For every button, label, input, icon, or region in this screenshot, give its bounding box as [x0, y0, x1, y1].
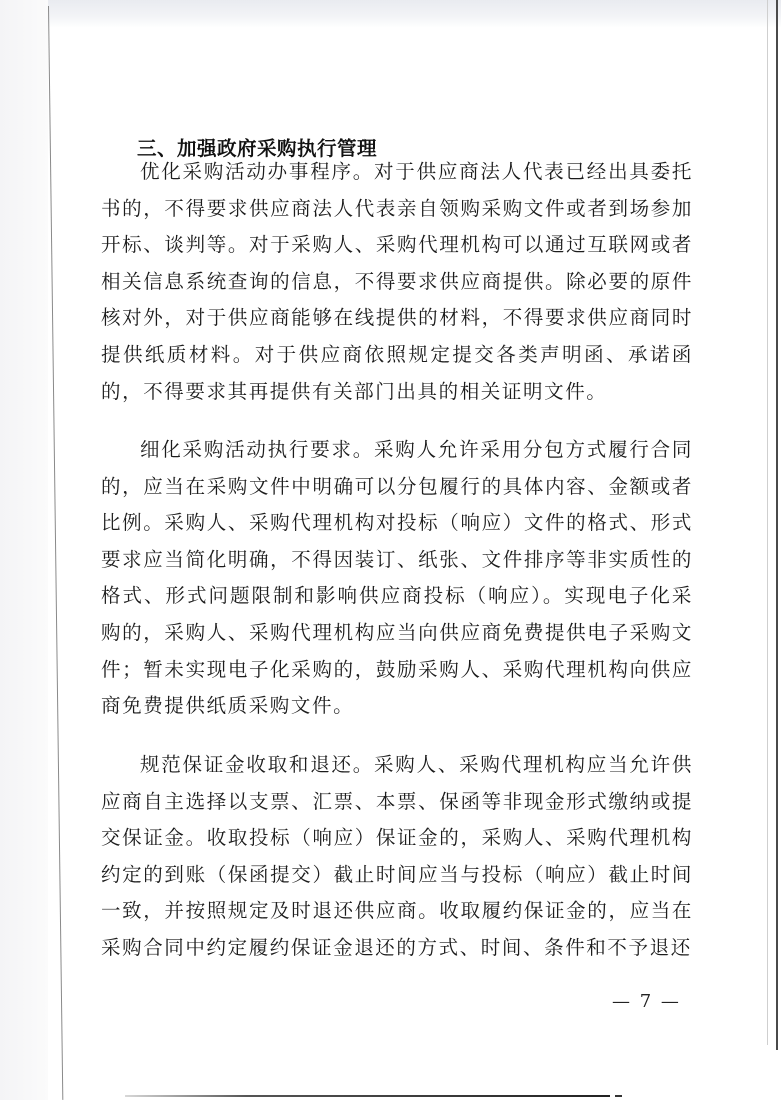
paragraph-deposit-collection-refund: 规范保证金收取和退还。采购人、采购代理机构应当允许供应商自主选择以支票、汇票、本… [101, 747, 693, 967]
page-number: — 7 — [612, 990, 681, 1014]
paragraph-optimize-procedures: 优化采购活动办事程序。对于供应商法人代表已经出具委托书的，不得要求供应商法人代表… [101, 154, 693, 410]
scan-top-shadow [0, 0, 781, 28]
paragraph-refine-execution-requirements: 细化采购活动执行要求。采购人允许采用分包方式履行合同的，应当在采购文件中明确可以… [101, 432, 693, 725]
scan-bottom-line [125, 1095, 610, 1097]
scan-bottom-dash [615, 1095, 622, 1097]
right-edge-line [776, 0, 778, 1050]
scan-left-margin [0, 0, 48, 1100]
binding-edge-line [48, 6, 63, 1100]
right-edge-line-inner [767, 0, 768, 1045]
